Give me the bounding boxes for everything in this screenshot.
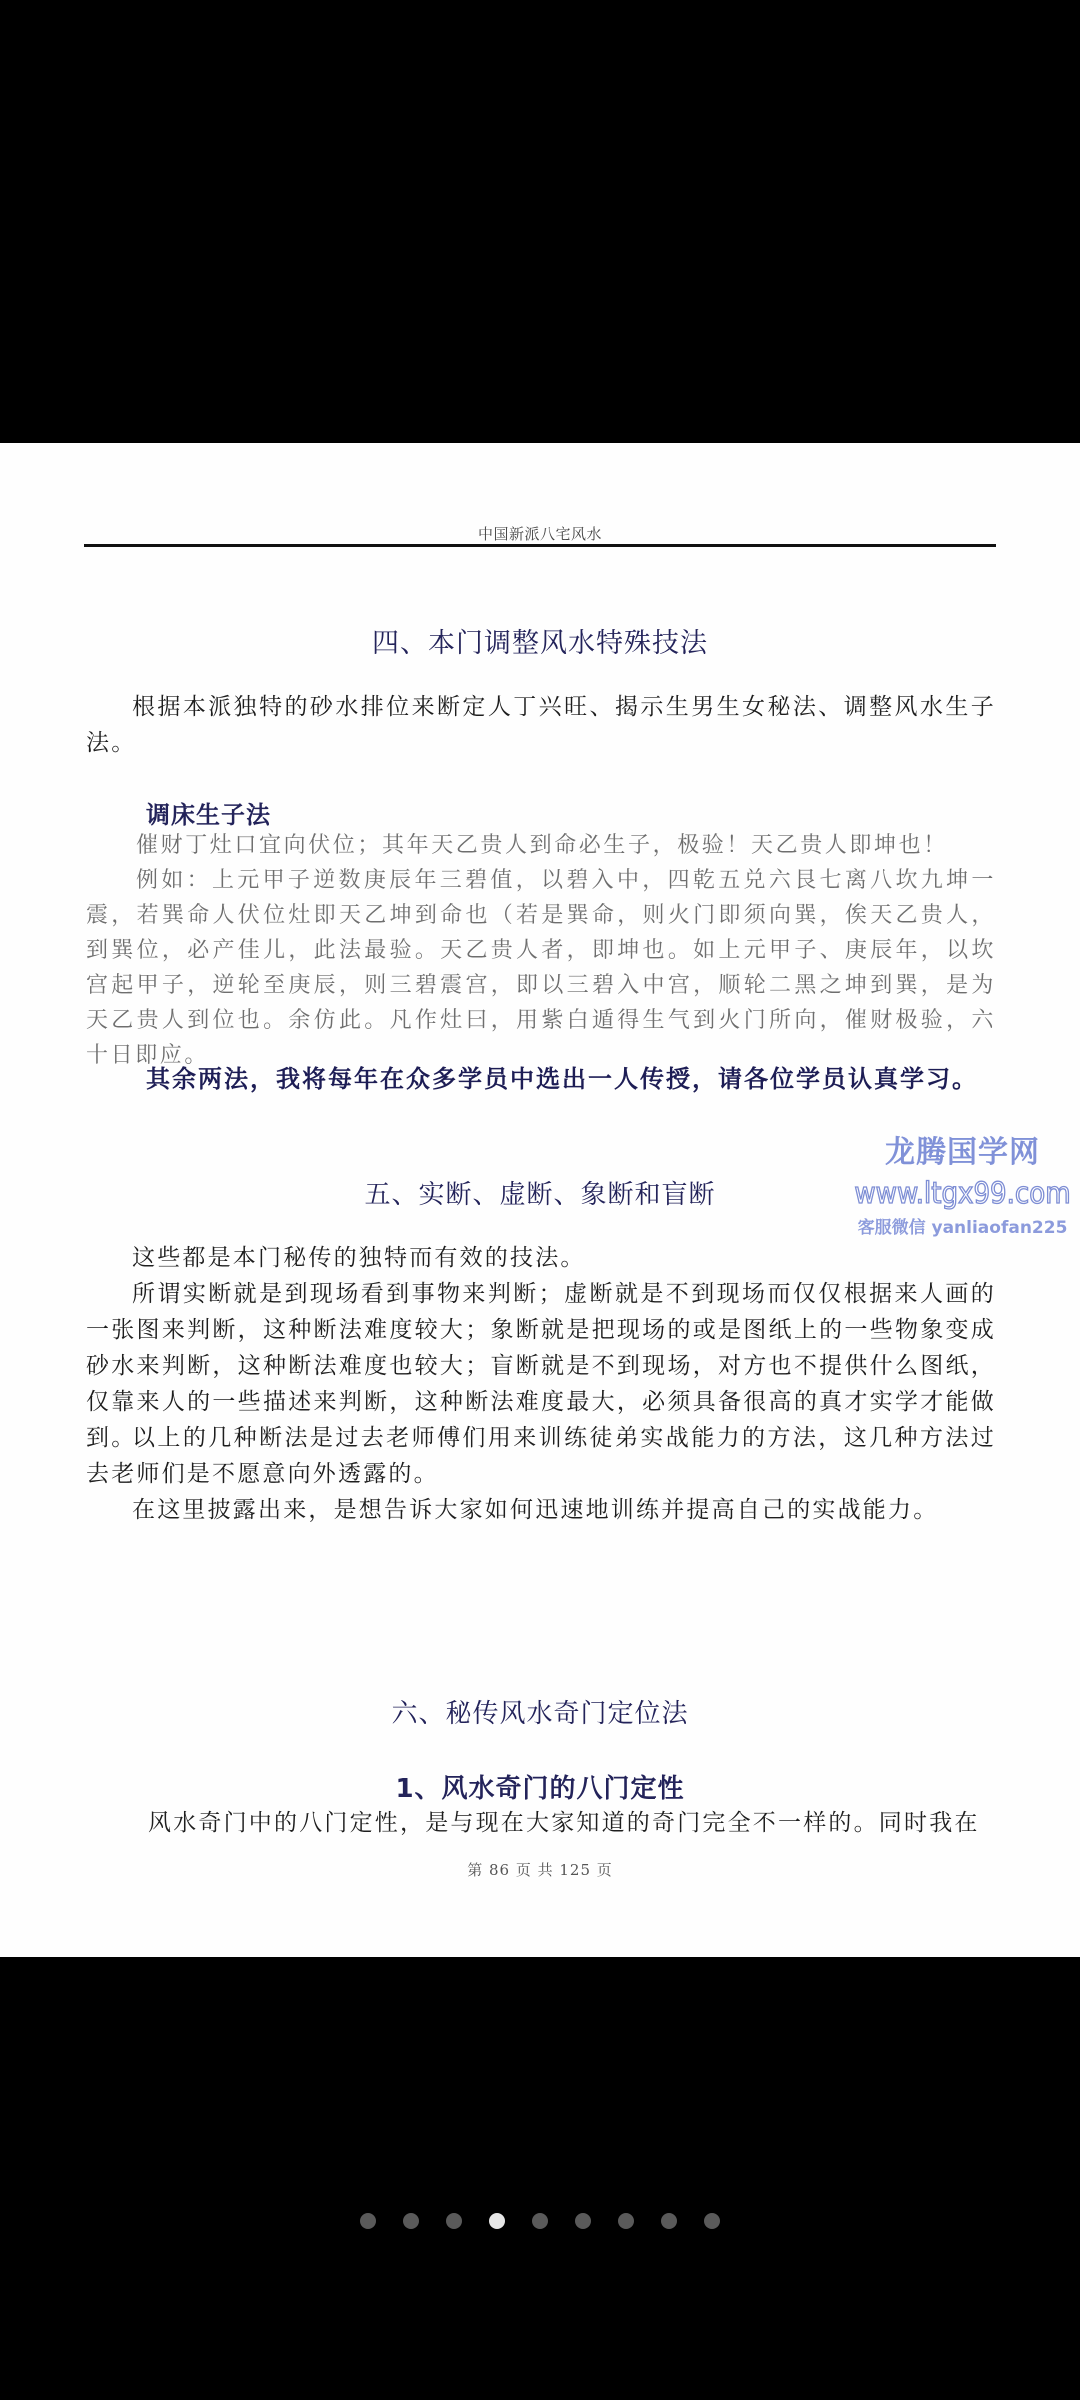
watermark-url: www.ltgx99.com bbox=[845, 1173, 1080, 1213]
gray-paragraph-1: 催财丁灶口宜向伏位；其年天乙贵人到命必生子，极验！天乙贵人即坤也！ bbox=[86, 828, 996, 863]
page-dot-2[interactable] bbox=[403, 2213, 419, 2229]
page-dot-1[interactable] bbox=[360, 2213, 376, 2229]
gray-paragraph-2: 例如：上元甲子逆数庚辰年三碧值，以碧入中，四乾五兑六艮七离八坎九坤一震，若巽命人… bbox=[86, 863, 996, 1073]
page-number-footer: 第 86 页 共 125 页 bbox=[0, 1859, 1080, 1880]
section-6-title: 六、秘传风水奇门定位法 bbox=[0, 1693, 1080, 1730]
section-6-subtitle: 1、风水奇门的八门定性 bbox=[0, 1768, 1080, 1805]
section-5-paragraph-1: 这些都是本门秘传的独特而有效的技法。 bbox=[86, 1240, 996, 1276]
page-dot-6[interactable] bbox=[575, 2213, 591, 2229]
document-page-image[interactable]: 中国新派八宅风水 四、本门调整风水特殊技法 根据本派独特的砂水排位来断定人丁兴旺… bbox=[0, 443, 1080, 1957]
page-dot-7[interactable] bbox=[618, 2213, 634, 2229]
image-viewer[interactable]: 中国新派八宅风水 四、本门调整风水特殊技法 根据本派独特的砂水排位来断定人丁兴旺… bbox=[0, 0, 1080, 2400]
section-6-paragraph: 风水奇门中的八门定性，是与现在大家知道的奇门完全不一样的。同时我在 bbox=[86, 1805, 996, 1841]
section-5-paragraph-4: 在这里披露出来，是想告诉大家如何迅速地训练并提高自己的实战能力。 bbox=[86, 1492, 996, 1528]
page-dot-4-active[interactable] bbox=[489, 2213, 505, 2229]
page-dot-3[interactable] bbox=[446, 2213, 462, 2229]
watermark-site-name: 龙腾国学网 bbox=[845, 1133, 1080, 1173]
section-4-closing: 其余两法，我将每年在众多学员中选出一人传授，请各位学员认真学习。 bbox=[86, 1060, 996, 1098]
section-5-paragraph-3: 以上的几种断法是过去老师傅们用来训练徒弟实战能力的方法，这几种方法过去老师们是不… bbox=[86, 1420, 996, 1492]
header-rule bbox=[84, 544, 996, 547]
page-dot-9[interactable] bbox=[704, 2213, 720, 2229]
watermark-contact: 客服微信 yanliaofan225 bbox=[845, 1213, 1080, 1243]
running-head: 中国新派八宅风水 bbox=[0, 523, 1080, 544]
section-4-subtitle: 调床生子法 bbox=[146, 795, 271, 830]
page-dot-8[interactable] bbox=[661, 2213, 677, 2229]
pagination-dots bbox=[0, 2213, 1080, 2231]
section-4-intro: 根据本派独特的砂水排位来断定人丁兴旺、揭示生男生女秘法、调整风水生子法。 bbox=[86, 689, 996, 761]
page-dot-5[interactable] bbox=[532, 2213, 548, 2229]
section-4-title: 四、本门调整风水特殊技法 bbox=[0, 621, 1080, 660]
watermark: 龙腾国学网 www.ltgx99.com 客服微信 yanliaofan225 bbox=[845, 1133, 1080, 1243]
